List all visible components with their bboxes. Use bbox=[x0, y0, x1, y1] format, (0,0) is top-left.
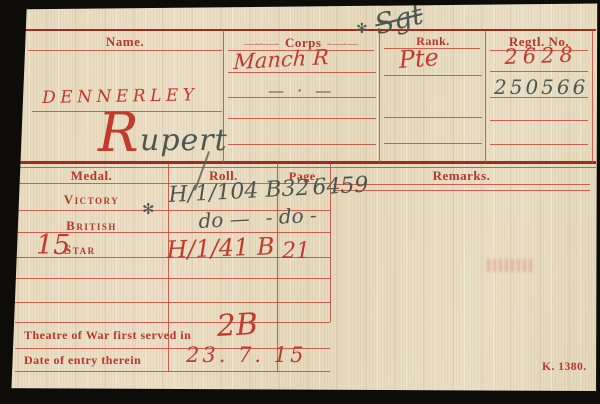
medal-column-header: Medal. bbox=[15, 168, 168, 184]
date-of-entry-value-handwritten: 23. 7. 15 bbox=[186, 345, 307, 366]
corps-value-handwritten: Manch R bbox=[233, 47, 329, 73]
rank-value-handwritten: Pte bbox=[398, 45, 440, 72]
theatre-of-war-value-handwritten: 2B bbox=[216, 310, 259, 342]
rule-horizontal bbox=[333, 184, 590, 185]
rule-horizontal bbox=[14, 29, 596, 31]
rule-horizontal bbox=[28, 50, 222, 51]
rule-horizontal bbox=[333, 190, 590, 191]
theatre-of-war-label: Theatre of War first served in bbox=[24, 328, 191, 343]
corps-ditto-mark: — · — bbox=[268, 83, 335, 99]
rule-horizontal bbox=[490, 144, 588, 145]
medal-annotation-mark: ✻ bbox=[142, 202, 155, 217]
rule-horizontal bbox=[384, 75, 482, 76]
rule-horizontal bbox=[15, 322, 330, 323]
rank-annotation-mark: ✻ bbox=[356, 22, 368, 36]
name-column-header: Name. bbox=[28, 34, 222, 50]
rule-vertical bbox=[379, 30, 380, 163]
rule-horizontal bbox=[228, 118, 376, 119]
regtl-no-new-handwritten: 250566 bbox=[494, 77, 588, 97]
rule-vertical bbox=[592, 30, 593, 163]
medal-star-label: Star bbox=[64, 242, 124, 258]
regtl-no-old-handwritten: 2628 bbox=[504, 44, 578, 68]
forename-initial-handwritten: R bbox=[98, 106, 139, 160]
rule-horizontal bbox=[384, 143, 482, 144]
rule-horizontal bbox=[384, 117, 482, 118]
rule-vertical bbox=[485, 30, 486, 163]
british-roll-ditto: do — bbox=[198, 206, 250, 233]
rule-horizontal bbox=[15, 278, 330, 279]
remarks-column-header: Remarks. bbox=[333, 168, 590, 184]
rule-horizontal bbox=[228, 144, 376, 145]
medal-index-card-scan: Name. —··—· Corps ·—·— Rank. Regtl. No. … bbox=[0, 0, 600, 404]
victory-page-value: 6459 bbox=[312, 173, 369, 201]
forename-rest-handwritten: upert bbox=[140, 126, 228, 156]
date-of-entry-label: Date of entry therein bbox=[24, 353, 141, 368]
british-roll-page-handwritten: do —- do - bbox=[198, 205, 317, 231]
faint-stamp bbox=[487, 259, 533, 272]
star-page-handwritten: 21 bbox=[282, 241, 310, 263]
rule-horizontal bbox=[15, 371, 330, 372]
rule-horizontal bbox=[15, 302, 330, 303]
british-page-ditto: - do - bbox=[265, 203, 317, 230]
rule-horizontal bbox=[490, 120, 588, 121]
star-roll-handwritten: H/1/41 B bbox=[166, 234, 275, 262]
medal-star-prefix-handwritten: 15 bbox=[36, 232, 70, 259]
corps-header-struck-right: ·—·— bbox=[327, 39, 358, 50]
form-reference-number: K. 1380. bbox=[542, 361, 587, 373]
rule-horizontal bbox=[490, 71, 588, 72]
